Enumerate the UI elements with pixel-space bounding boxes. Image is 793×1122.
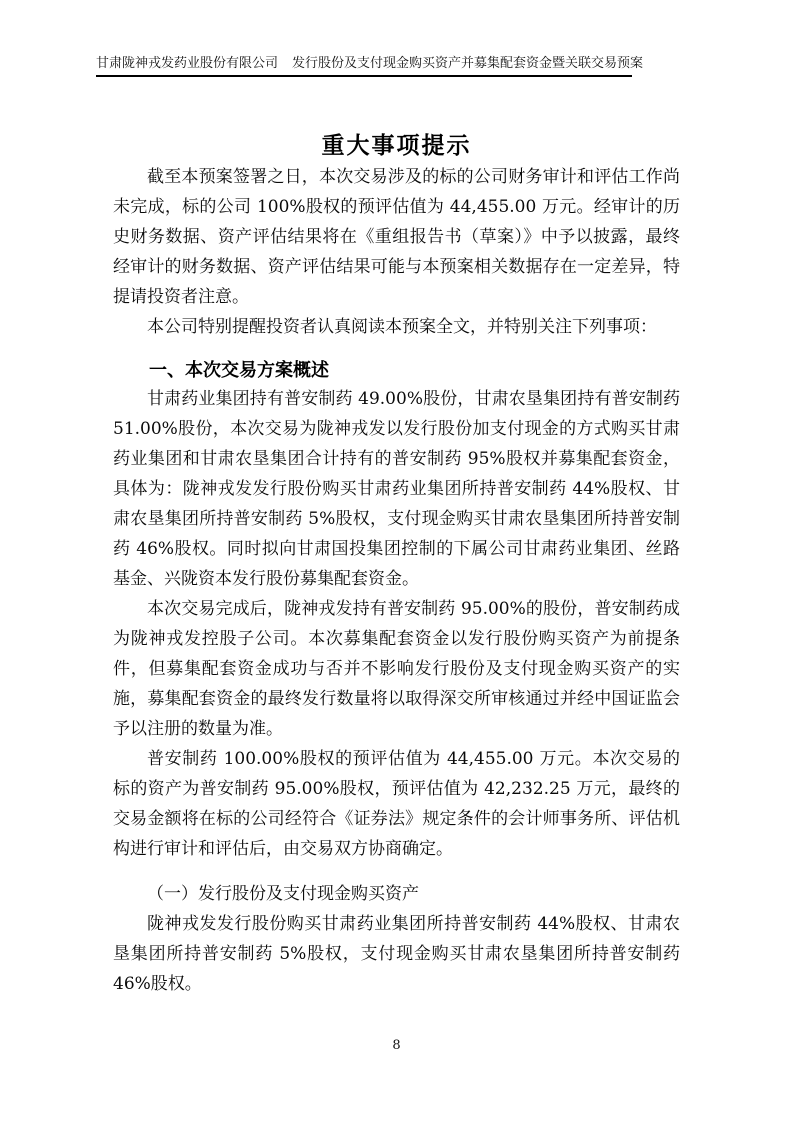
section-paragraph-post-transaction: 本次交易完成后，陇神戎发持有普安制药 95.00%的股份，普安制药成为陇神戎发控… — [113, 594, 680, 744]
intro-paragraph-valuation-notice: 截至本预案签署之日，本次交易涉及的标的公司财务审计和评估工作尚未完成，标的公司 … — [113, 162, 680, 312]
page-number: 8 — [392, 1038, 400, 1053]
intro-paragraph-reader-reminder: 本公司特别提醒投资者认真阅读本预案全文，并特别关注下列事项： — [113, 312, 680, 342]
page-footer: 8 — [0, 1038, 793, 1054]
subsection-paragraph-purchase-details: 陇神戎发发行股份购买甘肃药业集团所持普安制药 44%股权、甘肃农垦集团所持普安制… — [113, 909, 680, 999]
subsection-heading-share-issue-cash-purchase: （一）发行股份及支付现金购买资产 — [113, 879, 680, 909]
section-heading-transaction-overview: 一、本次交易方案概述 — [113, 358, 680, 384]
document-page: 甘肃陇神戎发药业股份有限公司发行股份及支付现金购买资产并募集配套资金暨关联交易预… — [0, 0, 793, 1122]
section-paragraph-transaction-structure: 甘肃药业集团持有普安制药 49.00%股份，甘肃农垦集团持有普安制药 51.00… — [113, 384, 680, 594]
page-title: 重大事项提示 — [113, 130, 680, 162]
document-body: 重大事项提示 截至本预案签署之日，本次交易涉及的标的公司财务审计和评估工作尚未完… — [113, 0, 680, 999]
section-paragraph-valuation-amounts: 普安制药 100.00%股权的预评估值为 44,455.00 万元。本次交易的标… — [113, 744, 680, 864]
